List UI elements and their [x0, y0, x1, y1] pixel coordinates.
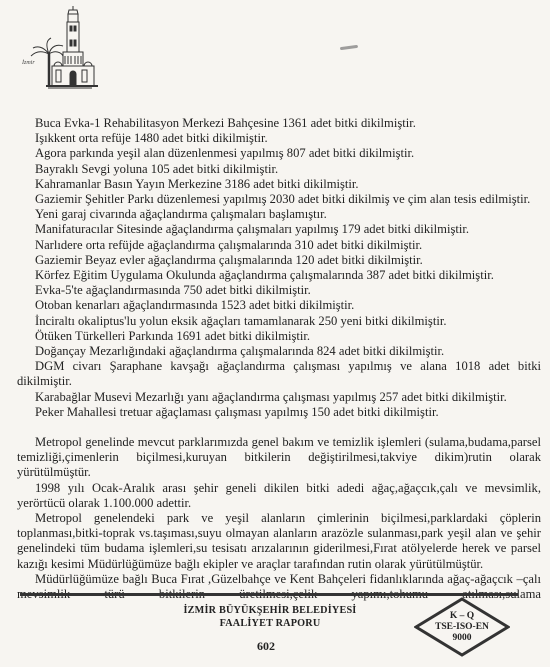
- page-number: 602: [246, 639, 286, 654]
- badge-line-1: K – Q: [414, 611, 510, 622]
- report-paragraph: Doğançay Mezarlığındaki ağaçlandırma çal…: [17, 344, 541, 359]
- report-paragraph: Manifaturacılar Sitesinde ağaçlandırma ç…: [17, 222, 541, 237]
- scan-smudge: [340, 45, 358, 50]
- report-paragraph: Buca Evka-1 Rehabilitasyon Merkezi Bahçe…: [17, 116, 541, 131]
- svg-text:İzmir: İzmir: [21, 59, 35, 66]
- report-paragraph: Ötüken Türkelleri Parkında 1691 adet bit…: [17, 329, 541, 344]
- report-paragraph: Agora parkında yeşil alan düzenlenmesi y…: [17, 146, 541, 161]
- report-paragraph: Narlıdere orta refüjde ağaçlandırma çalı…: [17, 238, 541, 253]
- report-paragraph: Bayraklı Sevgi yoluna 105 adet bitki dik…: [17, 162, 541, 177]
- badge-line-3: 9000: [414, 633, 510, 644]
- report-paragraph: İnciraltı okaliptus'lu yolun eksik ağaçl…: [17, 314, 541, 329]
- report-paragraph: Otoban kenarları ağaçlandırmasında 1523 …: [17, 298, 541, 313]
- footer-divider: [20, 593, 518, 596]
- report-body: Buca Evka-1 Rehabilitasyon Merkezi Bahçe…: [17, 116, 541, 602]
- report-paragraph: Metropol genelinde mevcut parklarımızda …: [17, 435, 541, 481]
- report-paragraph: 1998 yılı Ocak-Aralık arası şehir geneli…: [17, 481, 541, 511]
- report-paragraph: Metropol genelendeki park ve yeşil alanl…: [17, 511, 541, 572]
- report-paragraph: Yeni garaj civarında ağaçlandırma çalışm…: [17, 207, 541, 222]
- report-paragraph: Evka-5'te ağaçlandırmasında 750 adet bit…: [17, 283, 541, 298]
- footer-org-title: İZMİR BÜYÜKŞEHİR BELEDİYESİ FAALİYET RAP…: [150, 604, 390, 630]
- report-paragraph: Karabağlar Musevi Mezarlığı yanı ağaçlan…: [17, 390, 541, 405]
- report-paragraph: Peker Mahallesi tretuar ağaçlaması çalış…: [17, 405, 541, 420]
- report-paragraph: Körfez Eğitim Uygulama Okulunda ağaçland…: [17, 268, 541, 283]
- report-paragraph: Işıkkent orta refüje 1480 adet bitki dik…: [17, 131, 541, 146]
- report-paragraph: Kahramanlar Basın Yayın Merkezine 3186 a…: [17, 177, 541, 192]
- quality-badge: K – Q TSE-ISO-EN 9000: [414, 597, 510, 657]
- org-name: İZMİR BÜYÜKŞEHİR BELEDİYESİ: [150, 604, 390, 617]
- report-paragraph: DGM civarı Şaraphane kavşağı ağaçlandırm…: [17, 359, 541, 389]
- report-name: FAALİYET RAPORU: [150, 617, 390, 630]
- report-paragraph: Gaziemir Beyaz evler ağaçlandırma çalışm…: [17, 253, 541, 268]
- report-paragraph: Gaziemir Şehitler Parkı düzenlemesi yapı…: [17, 192, 541, 207]
- badge-line-2: TSE-ISO-EN: [414, 622, 510, 633]
- clock-tower-logo-icon: İzmir: [18, 4, 98, 92]
